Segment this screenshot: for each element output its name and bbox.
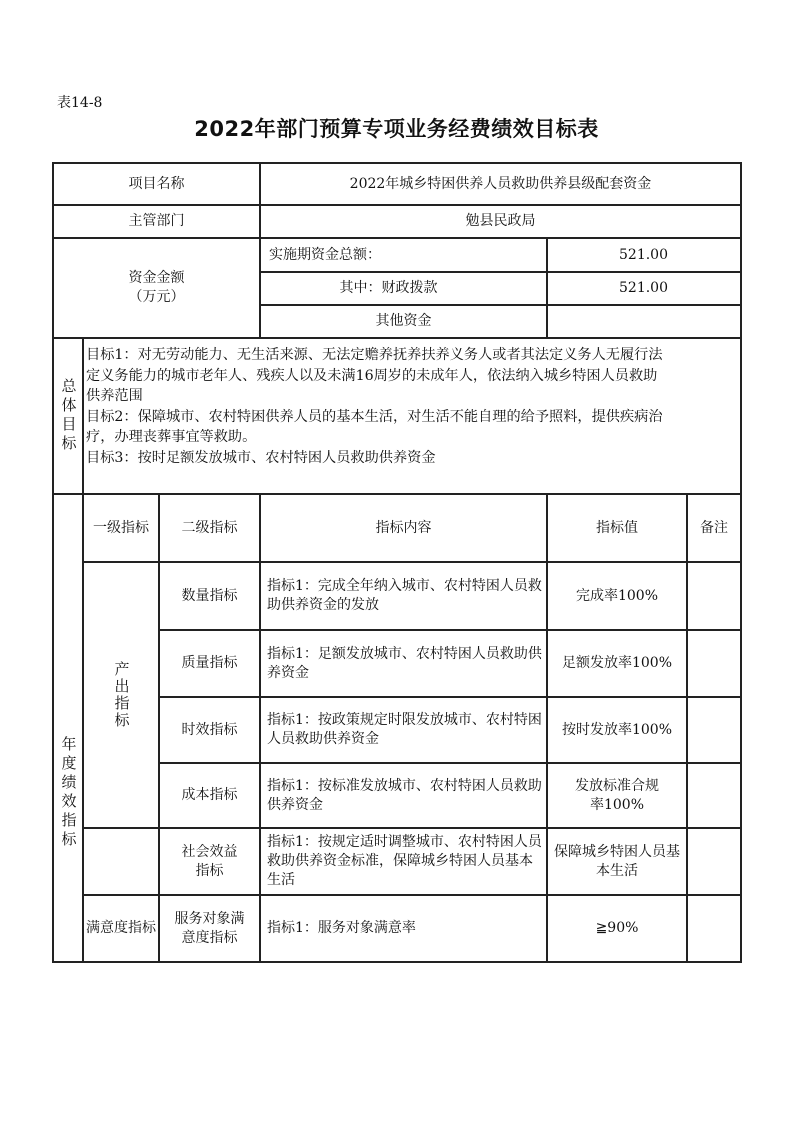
indicator-note — [688, 896, 740, 961]
funds-label-line1: 资金金额 — [129, 269, 185, 288]
border-line — [740, 162, 742, 963]
project-name-label: 项目名称 — [54, 164, 259, 204]
goal-line: 疗，办理丧葬事宜等救助。 — [86, 427, 736, 448]
funds-fiscal-label: 其中：财政拨款 — [261, 273, 546, 304]
level2-indicator: 服务对象满意度指标 — [160, 896, 259, 961]
indicator-value: ≧90% — [548, 896, 686, 961]
goal-line: 供养范围 — [86, 386, 736, 407]
dept-label: 主管部门 — [54, 206, 259, 237]
indicator-value: 按时发放率100% — [548, 698, 686, 762]
goal-line: 目标2：保障城市、农村特困供养人员的基本生活，对生活不能自理的给予照料，提供疾病… — [86, 407, 736, 428]
goal-line: 目标1：对无劳动能力、无生活来源、无法定赡养抚养扶养义务人或者其法定义务人无履行… — [86, 345, 736, 366]
indicator-value: 保障城乡特困人员基本生活 — [548, 829, 686, 894]
level2-indicator: 数量指标 — [160, 563, 259, 629]
indicator-value: 足额发放率100% — [548, 631, 686, 696]
indicator-content: 指标1：按政策规定时限发放城市、农村特困人员救助供养资金 — [261, 698, 546, 762]
indicator-content: 指标1：按规定适时调整城市、农村特困人员救助供养资金标准，保障城乡特困人员基本生… — [261, 829, 546, 894]
table-number-label: 表14-8 — [57, 92, 102, 112]
goal-line: 定义务能力的城市老年人、残疾人以及未满16周岁的未成年人，依法纳入城乡特困人员救… — [86, 366, 736, 387]
overall-goals-label: 总体目标 — [54, 339, 82, 493]
indicator-note — [688, 631, 740, 696]
indicator-note — [688, 563, 740, 629]
border-line — [52, 961, 742, 963]
annual-indicators-label: 年度绩效指标 — [54, 495, 82, 961]
level1-indicator: 满意度指标 — [84, 896, 158, 961]
funds-fiscal-value: 521.00 — [548, 273, 740, 304]
indicator-content: 指标1：足额发放城市、农村特困人员救助供养资金 — [261, 631, 546, 696]
overall-goals-text: 目标1：对无劳动能力、无生活来源、无法定赡养抚养扶养义务人或者其法定义务人无履行… — [86, 345, 736, 468]
indicator-note — [688, 829, 740, 894]
page-title: 2022年部门预算专项业务经费绩效目标表 — [0, 113, 793, 143]
goal-line: 目标3：按时足额发放城市、农村特困人员救助供养资金 — [86, 448, 736, 469]
level2-indicator: 质量指标 — [160, 631, 259, 696]
output-indicators-label: 产出指标 — [84, 563, 158, 827]
col-header-level2: 二级指标 — [160, 495, 259, 561]
indicator-note — [688, 764, 740, 827]
indicator-value: 发放标准合规率100% — [548, 764, 686, 827]
level2-indicator: 社会效益指标 — [160, 829, 259, 894]
col-header-note: 备注 — [688, 495, 740, 561]
funds-total-value: 521.00 — [548, 239, 740, 271]
indicator-content: 指标1：按标准发放城市、农村特困人员救助供养资金 — [261, 764, 546, 827]
output-indicators-label-text: 产出指标 — [112, 661, 131, 729]
level1-indicator-empty — [84, 829, 158, 894]
funds-total-label: 实施期资金总额： — [261, 239, 546, 271]
funds-label-line2: （万元） — [129, 288, 185, 307]
level2-indicator: 成本指标 — [160, 764, 259, 827]
border-line — [52, 337, 742, 339]
dept-value: 勉县民政局 — [261, 206, 740, 237]
col-header-value: 指标值 — [548, 495, 686, 561]
indicator-note — [688, 698, 740, 762]
funds-other-value — [548, 306, 740, 337]
project-name-value: 2022年城乡特困供养人员救助供养县级配套资金 — [261, 164, 740, 204]
col-header-level1: 一级指标 — [84, 495, 158, 561]
indicator-content: 指标1：服务对象满意率 — [261, 896, 546, 961]
funds-other-label: 其他资金 — [261, 306, 546, 337]
indicator-content: 指标1：完成全年纳入城市、农村特困人员救助供养资金的发放 — [261, 563, 546, 629]
col-header-content: 指标内容 — [261, 495, 546, 561]
indicator-value: 完成率100% — [548, 563, 686, 629]
level2-indicator: 时效指标 — [160, 698, 259, 762]
overall-goals-label-text: 总体目标 — [59, 378, 78, 454]
annual-indicators-label-text: 年度绩效指标 — [59, 736, 78, 850]
funds-label: 资金金额 （万元） — [54, 239, 259, 337]
